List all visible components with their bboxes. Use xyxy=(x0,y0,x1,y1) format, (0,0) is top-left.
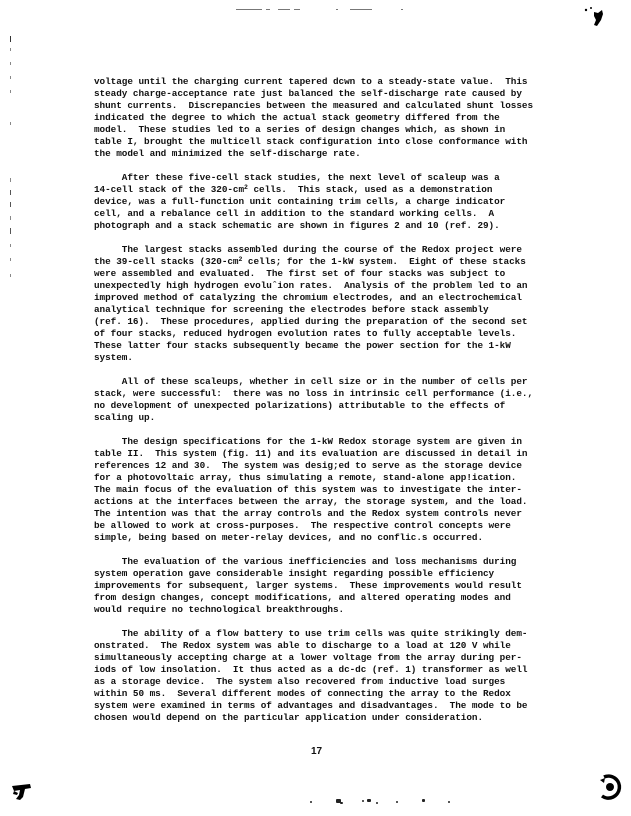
text-line: cell, and a rebalance cell in addition t… xyxy=(94,208,564,220)
text-line: unexpectedly high hydrogen evoluˆion rat… xyxy=(94,280,564,292)
text-line: be allowed to work at cross-purposes. Th… xyxy=(94,520,564,532)
paragraph-5: The design specifications for the 1-kW R… xyxy=(94,436,564,544)
text-line: voltage until the charging current taper… xyxy=(94,76,564,88)
text-line: improved method of catalyzing the chromi… xyxy=(94,292,564,304)
text-line: for a photovoltaic array, thus simulatin… xyxy=(94,472,564,484)
text-line: 14-cell stack of the 320-cm2 cells. This… xyxy=(94,184,564,196)
text-line: from design changes, concept modificatio… xyxy=(94,592,564,604)
text-line: references 12 and 30. The system was des… xyxy=(94,460,564,472)
scan-header-noise xyxy=(236,9,416,11)
paragraph-2: After these five-cell stack studies, the… xyxy=(94,172,564,232)
text-line: simultaneously accepting charge at a low… xyxy=(94,652,564,664)
scan-blot-top-right xyxy=(582,4,606,30)
text-line: chosen would depend on the particular ap… xyxy=(94,712,564,724)
text-line: system. xyxy=(94,352,564,364)
text-line: photograph and a stack schematic are sho… xyxy=(94,220,564,232)
text-line: analytical technique for screening the e… xyxy=(94,304,564,316)
scan-bottom-specks xyxy=(300,798,460,806)
text-line: scaling up. xyxy=(94,412,564,424)
text-line: indicated the degree to which the actual… xyxy=(94,112,564,124)
text-line: The evaluation of the various inefficien… xyxy=(94,556,564,568)
text-line: the 39-cell stacks (320-cm2 cells; for t… xyxy=(94,256,564,268)
text-line: of four stacks, reduced hydrogen evoluti… xyxy=(94,328,564,340)
text-line: the model and minimized the self-dischar… xyxy=(94,148,564,160)
text-line: The ability of a flow battery to use tri… xyxy=(94,628,564,640)
text-line: simple, being based on meter-relay devic… xyxy=(94,532,564,544)
text-line: table I, brought the multicell stack con… xyxy=(94,136,564,148)
text-line: shunt currents. Discrepancies between th… xyxy=(94,100,564,112)
text-line: iods of low insolation. It thus acted as… xyxy=(94,664,564,676)
text-line: were assembled and evaluated. The first … xyxy=(94,268,564,280)
document-page: voltage until the charging current taper… xyxy=(0,0,631,816)
text-line: table II. This system (fig. 11) and its … xyxy=(94,448,564,460)
text-line: would require no technological breakthro… xyxy=(94,604,564,616)
text-line: within 50 ms. Several different modes of… xyxy=(94,688,564,700)
text-line: system operation gave considerable insig… xyxy=(94,568,564,580)
text-line: stack, were successful: there was no los… xyxy=(94,388,564,400)
text-line: After these five-cell stack studies, the… xyxy=(94,172,564,184)
text-line: onstrated. The Redox system was able to … xyxy=(94,640,564,652)
text-line: (ref. 16). These procedures, applied dur… xyxy=(94,316,564,328)
body-text: voltage until the charging current taper… xyxy=(94,76,564,736)
text-line: The largest stacks assembled during the … xyxy=(94,244,564,256)
page-number: 17 xyxy=(311,746,322,757)
text-line: actions at the interfaces between the ar… xyxy=(94,496,564,508)
paragraph-7: The ability of a flow battery to use tri… xyxy=(94,628,564,724)
paragraph-1: voltage until the charging current taper… xyxy=(94,76,564,160)
paragraph-3: The largest stacks assembled during the … xyxy=(94,244,564,364)
text-line: no development of unexpected polarizatio… xyxy=(94,400,564,412)
text-line: system were examined in terms of advanta… xyxy=(94,700,564,712)
text-line: The main focus of the evaluation of this… xyxy=(94,484,564,496)
scan-margin-specks xyxy=(10,30,18,290)
paragraph-4: All of these scaleups, whether in cell s… xyxy=(94,376,564,424)
text-line: model. These studies led to a series of … xyxy=(94,124,564,136)
text-line: improvements for subsequent, larger syst… xyxy=(94,580,564,592)
text-line: steady charge-acceptance rate just balan… xyxy=(94,88,564,100)
scan-blot-bottom-right xyxy=(596,772,624,802)
text-line: device, was a full-function unit contain… xyxy=(94,196,564,208)
text-line: The intention was that the array control… xyxy=(94,508,564,520)
text-line: as a storage device. The system also rec… xyxy=(94,676,564,688)
paragraph-6: The evaluation of the various inefficien… xyxy=(94,556,564,616)
text-line: All of these scaleups, whether in cell s… xyxy=(94,376,564,388)
text-line: The design specifications for the 1-kW R… xyxy=(94,436,564,448)
scan-blot-bottom-left xyxy=(10,783,32,801)
text-line: These latter four stacks subsequently be… xyxy=(94,340,564,352)
